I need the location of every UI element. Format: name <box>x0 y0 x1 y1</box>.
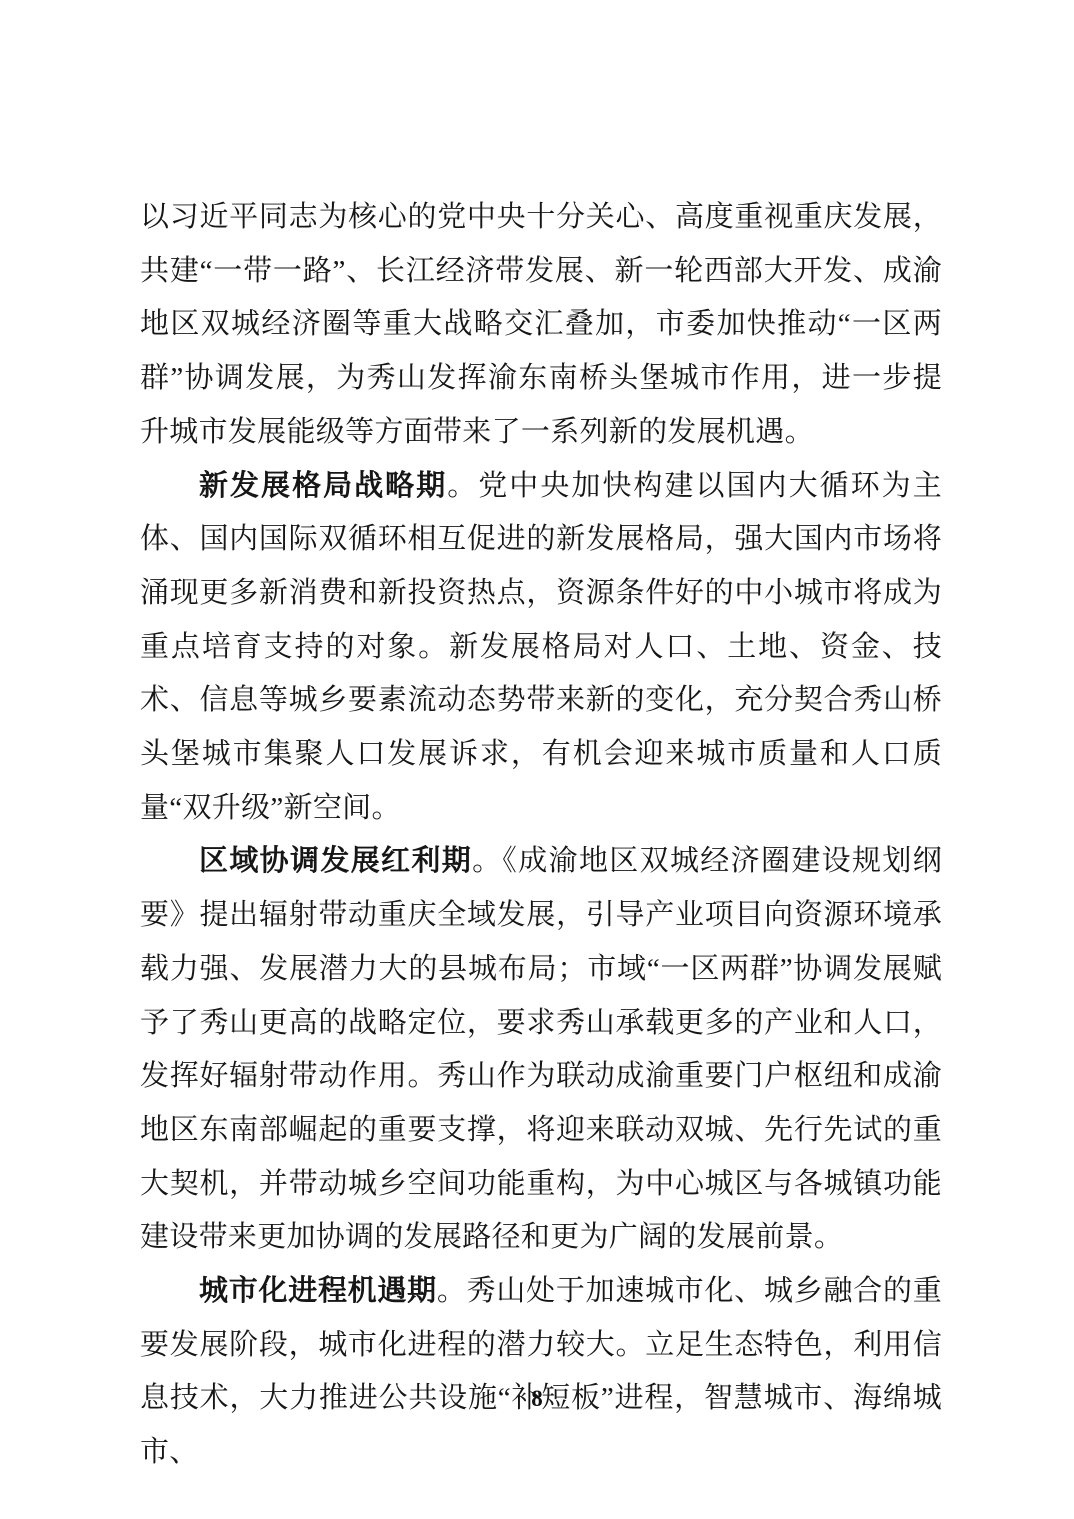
paragraph-lead: 城市化进程机遇期 <box>199 1275 437 1307</box>
paragraph-text: 。《成渝地区双城经济圈建设规划纲要》提出辐射带动重庆全域发展，引导产业项目向资源… <box>140 845 942 1253</box>
paragraph-text: 以习近平同志为核心的党中央十分关心、高度重视重庆发展，共建“一带一路”、长江经济… <box>140 201 942 448</box>
page-number: 8 <box>0 1386 1074 1412</box>
paragraph-regional-coordination: 区域协调发展红利期。《成渝地区双城经济圈建设规划纲要》提出辐射带动重庆全域发展，… <box>140 835 942 1265</box>
paragraph-lead: 区域协调发展红利期 <box>199 845 472 877</box>
paragraph-new-development-pattern: 新发展格局战略期。党中央加快构建以国内大循环为主体、国内国际双循环相互促进的新发… <box>140 460 942 836</box>
paragraph-text: 。党中央加快构建以国内大循环为主体、国内国际双循环相互促进的新发展格局，强大国内… <box>140 470 942 824</box>
paragraph-lead: 新发展格局战略期 <box>199 470 447 502</box>
paragraph-continuation: 以习近平同志为核心的党中央十分关心、高度重视重庆发展，共建“一带一路”、长江经济… <box>140 191 942 460</box>
document-page: 以习近平同志为核心的党中央十分关心、高度重视重庆发展，共建“一带一路”、长江经济… <box>0 0 1074 1519</box>
paragraph-urbanization: 城市化进程机遇期。秀山处于加速城市化、城乡融合的重要发展阶段，城市化进程的潜力较… <box>140 1265 942 1480</box>
document-body: 以习近平同志为核心的党中央十分关心、高度重视重庆发展，共建“一带一路”、长江经济… <box>140 191 942 1480</box>
